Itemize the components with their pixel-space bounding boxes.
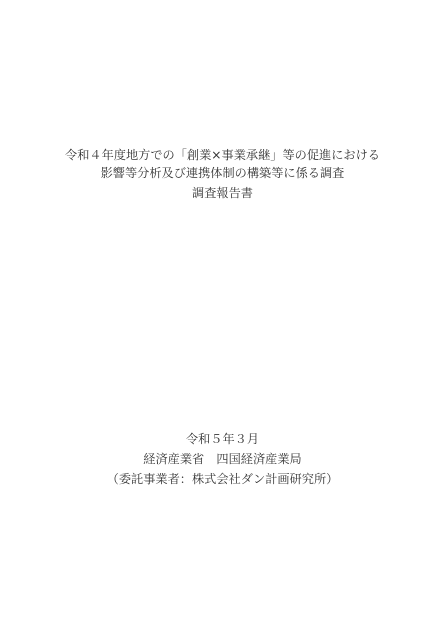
report-title-line-1: 令和４年度地方での「創業×事業承継」等の促進における [0, 146, 445, 164]
publication-date: 令和５年３月 [0, 430, 445, 448]
issuing-agency: 経済産業省 四国経済産業局 [0, 450, 445, 468]
contractor-note: （委託事業者：株式会社ダン計画研究所） [0, 470, 445, 488]
report-title-line-2: 影響等分析及び連携体制の構築等に係る調査 [0, 164, 445, 182]
report-cover-page: 令和４年度地方での「創業×事業承継」等の促進における 影響等分析及び連携体制の構… [0, 0, 445, 630]
report-title-line-3: 調査報告書 [0, 184, 445, 202]
